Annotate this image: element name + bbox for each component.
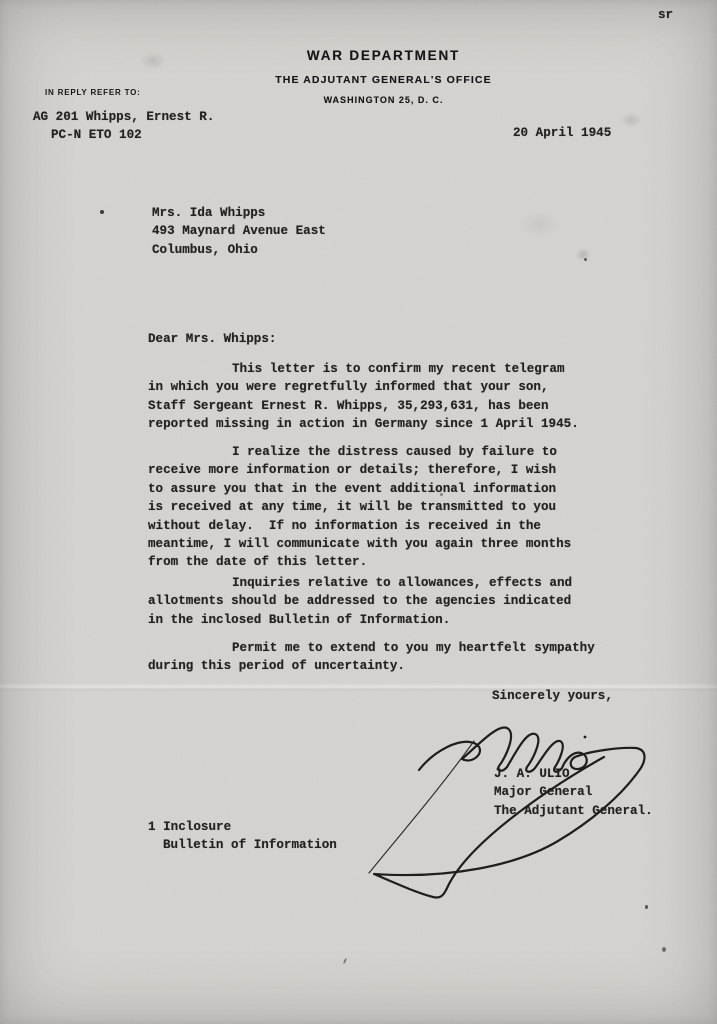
recipient-street: 493 Maynard Avenue East xyxy=(152,222,326,240)
body-paragraph-4: Permit me to extend to you my heartfelt … xyxy=(148,639,608,676)
enclosure-count: 1 Inclosure xyxy=(148,818,337,836)
paper-stain xyxy=(575,248,591,261)
paper-stain xyxy=(620,112,642,128)
signature-block: J. A. ULIO Major General The Adjutant Ge… xyxy=(494,765,653,820)
enclosure-title: Bulletin of Information xyxy=(148,836,337,854)
letterhead: WAR DEPARTMENT THE ADJUTANT GENERAL'S OF… xyxy=(50,48,717,105)
salutation: Dear Mrs. Whipps: xyxy=(148,330,276,348)
reply-refer-label: IN REPLY REFER TO: xyxy=(45,88,141,97)
ink-speck xyxy=(100,210,104,214)
letterhead-department: WAR DEPARTMENT xyxy=(50,48,717,63)
letterhead-office: THE ADJUTANT GENERAL'S OFFICE xyxy=(50,74,717,86)
body-paragraph-1: This letter is to confirm my recent tele… xyxy=(148,360,608,434)
ink-speck xyxy=(662,947,666,952)
recipient-name: Mrs. Ida Whipps xyxy=(152,204,326,222)
enclosure-note: 1 Inclosure Bulletin of Information xyxy=(148,818,337,855)
file-reference-line2: PC-N ETO 102 xyxy=(51,126,142,144)
letter-date: 20 April 1945 xyxy=(513,124,611,142)
letterhead-city: WASHINGTON 25, D. C. xyxy=(50,95,717,105)
typist-initials: sr xyxy=(658,6,673,24)
body-paragraph-3: Inquiries relative to allowances, effect… xyxy=(148,574,608,629)
scanned-letter-page: sr WAR DEPARTMENT THE ADJUTANT GENERAL'S… xyxy=(0,0,717,1024)
file-reference-line1: AG 201 Whipps, Ernest R. xyxy=(33,108,214,126)
signatory-rank: Major General xyxy=(494,783,653,801)
signatory-name: J. A. ULIO xyxy=(494,765,653,783)
ink-speck xyxy=(584,258,587,261)
body-paragraph-2: I realize the distress caused by failure… xyxy=(148,443,608,572)
recipient-address: Mrs. Ida Whipps 493 Maynard Avenue East … xyxy=(152,204,326,259)
ink-speck xyxy=(343,958,347,964)
signatory-title: The Adjutant General. xyxy=(494,802,653,820)
paper-stain xyxy=(520,210,560,238)
recipient-city: Columbus, Ohio xyxy=(152,241,326,259)
closing: Sincerely yours, xyxy=(492,687,613,705)
ink-speck xyxy=(645,905,648,909)
